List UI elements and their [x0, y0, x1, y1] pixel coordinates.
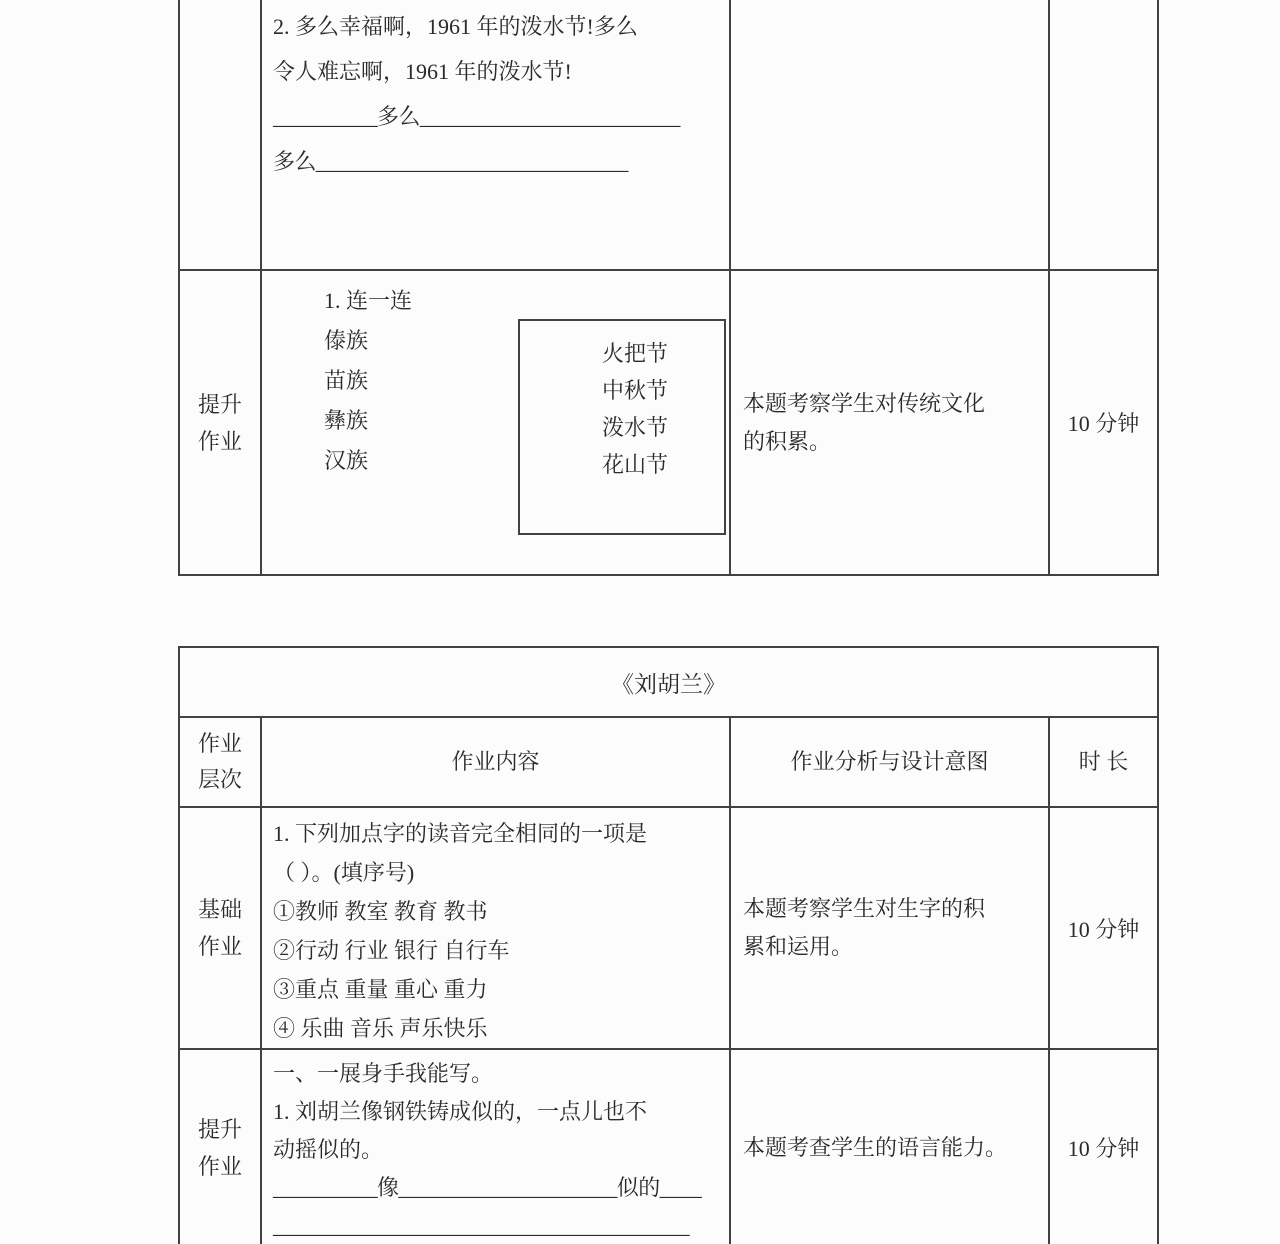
festival-item: 中秋节 [546, 372, 724, 409]
analysis-line: 本题考察学生对传统文化 [743, 385, 1040, 423]
option-line: ③重点 重量 重心 重力 [273, 970, 729, 1009]
festival-item: 泼水节 [546, 409, 724, 446]
document-page: 2. 多么幸福啊，1961 年的泼水节!多么 令人难忘啊，1961 年的泼水节!… [0, 0, 1280, 1244]
analysis-line: 本题考查学生的语言能力。 [743, 1129, 1040, 1167]
option-line: ④ 乐曲 音乐 声乐快乐 [273, 1009, 729, 1048]
splash-festival-table: 2. 多么幸福啊，1961 年的泼水节!多么 令人难忘啊，1961 年的泼水节!… [178, 0, 1159, 576]
table-row-basic: 基础 作业 1. 下列加点字的读音完全相同的一项是 （ ）。(填序号) ①教师 … [179, 807, 1158, 1049]
analysis-cell-promote: 本题考察学生对传统文化 的积累。 [730, 270, 1049, 575]
header-content: 作业内容 [261, 717, 730, 807]
level-cell-empty [179, 0, 261, 270]
content-cell-sentence-writing-exercise: 一、一展身手我能写。 1. 刘胡兰像钢铁铸成似的，一点儿也不 动摇似的。 ___… [261, 1049, 730, 1244]
fill-blank-line: __________像_____________________似的____ [273, 1169, 729, 1207]
level-label-line: 基础 [180, 891, 260, 928]
fill-blank-line: ________________________________________ [273, 1207, 729, 1244]
analysis-cell-promote: 本题考查学生的语言能力。 [730, 1049, 1049, 1244]
option-line: ②行动 行业 银行 自行车 [273, 931, 729, 970]
text-line: 一、一展身手我能写。 [273, 1055, 729, 1093]
header-level-line: 层次 [180, 762, 260, 798]
header-time: 时 长 [1049, 717, 1158, 807]
analysis-cell-basic: 本题考察学生对生字的积 累和运用。 [730, 807, 1049, 1049]
level-cell-promote: 提升 作业 [179, 1049, 261, 1244]
text-line: （ ）。(填序号) [273, 853, 729, 892]
table-row-cutoff: 2. 多么幸福啊，1961 年的泼水节!多么 令人难忘啊，1961 年的泼水节!… [179, 0, 1158, 270]
content-cell-pronunciation-exercise: 1. 下列加点字的读音完全相同的一项是 （ ）。(填序号) ①教师 教室 教育 … [261, 807, 730, 1049]
table-title: 《刘胡兰》 [179, 647, 1158, 717]
text-line: 动摇似的。 [273, 1131, 729, 1169]
level-label-line: 提升 [180, 386, 260, 423]
time-cell-promote: 10 分钟 [1049, 270, 1158, 575]
festival-item: 花山节 [546, 446, 724, 483]
table-header-row: 作业 层次 作业内容 作业分析与设计意图 时 长 [179, 717, 1158, 807]
festival-options-box: 火把节 中秋节 泼水节 花山节 [518, 319, 726, 535]
festival-item: 火把节 [546, 335, 724, 372]
header-analysis: 作业分析与设计意图 [730, 717, 1049, 807]
analysis-line: 的积累。 [743, 423, 1040, 461]
time-cell-basic: 10 分钟 [1049, 807, 1158, 1049]
level-label-line: 作业 [180, 928, 260, 965]
table-row-promote: 提升 作业 1. 连一连 傣族 苗族 彝族 汉族 火把节 中秋节 泼水节 花山节 [179, 270, 1158, 575]
text-line: 1. 刘胡兰像钢铁铸成似的，一点儿也不 [273, 1093, 729, 1131]
level-label-line: 作业 [180, 1148, 260, 1185]
content-cell-sentence-exercise: 2. 多么幸福啊，1961 年的泼水节!多么 令人难忘啊，1961 年的泼水节!… [261, 0, 730, 270]
content-cell-matching-exercise: 1. 连一连 傣族 苗族 彝族 汉族 火把节 中秋节 泼水节 花山节 [261, 270, 730, 575]
text-line: 1. 下列加点字的读音完全相同的一项是 [273, 814, 729, 853]
fill-blank-line: 多么______________________________ [273, 139, 721, 184]
option-line: ①教师 教室 教育 教书 [273, 892, 729, 931]
analysis-line: 本题考察学生对生字的积 [743, 890, 1040, 928]
level-cell-promote: 提升 作业 [179, 270, 261, 575]
exercise-title: 1. 连一连 [324, 281, 729, 321]
level-cell-basic: 基础 作业 [179, 807, 261, 1049]
header-level: 作业 层次 [179, 717, 261, 807]
header-level-line: 作业 [180, 726, 260, 762]
analysis-cell-empty [730, 0, 1049, 270]
table-title-row: 《刘胡兰》 [179, 647, 1158, 717]
time-cell-empty [1049, 0, 1158, 270]
time-cell-promote: 10 分钟 [1049, 1049, 1158, 1244]
analysis-line: 累和运用。 [743, 928, 1040, 966]
level-label-line: 作业 [180, 423, 260, 460]
text-line: 令人难忘啊，1961 年的泼水节! [273, 49, 721, 94]
level-label-line: 提升 [180, 1111, 260, 1148]
fill-blank-line: __________多么_________________________ [273, 94, 721, 139]
text-line: 2. 多么幸福啊，1961 年的泼水节!多么 [273, 4, 721, 49]
liuhulan-table: 《刘胡兰》 作业 层次 作业内容 作业分析与设计意图 时 长 基础 作业 1. … [178, 646, 1159, 1244]
table-row-promote: 提升 作业 一、一展身手我能写。 1. 刘胡兰像钢铁铸成似的，一点儿也不 动摇似… [179, 1049, 1158, 1244]
